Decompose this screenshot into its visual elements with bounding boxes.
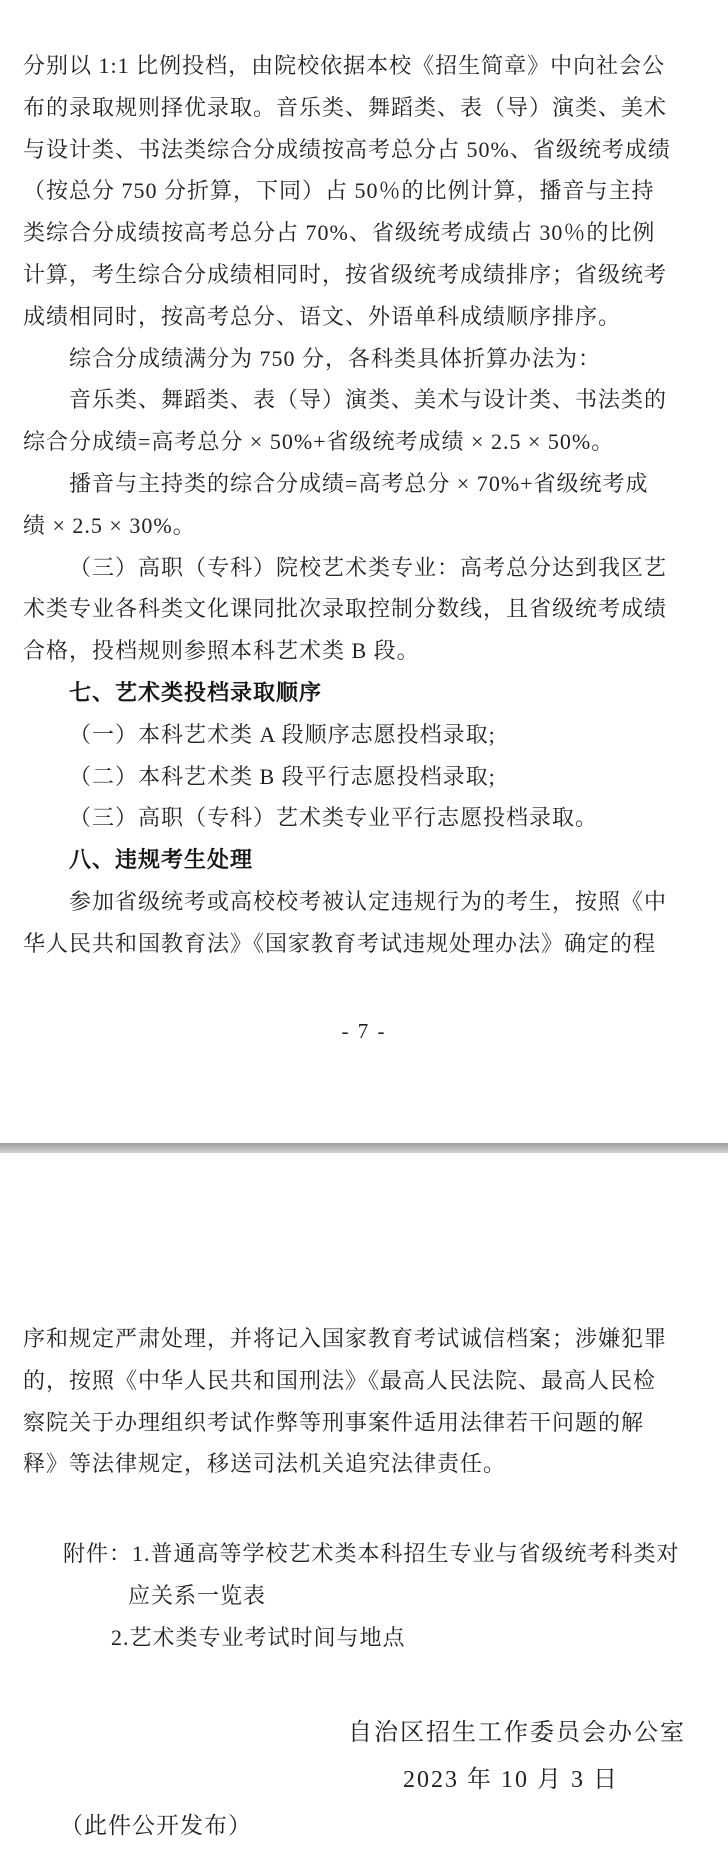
text-line: 布的录取规则择优录取。音乐类、舞蹈类、表（导）演类、美术 — [23, 87, 705, 129]
issue-date: 2023 年 10 月 3 日 — [23, 1757, 705, 1804]
text-line: （三）高职（专科）院校艺术类专业：高考总分达到我区艺 — [23, 547, 705, 589]
text-line: 合格，投档规则参照本科艺术类 B 段。 — [23, 630, 705, 672]
list-item: （二）本科艺术类 B 段平行志愿投档录取; — [23, 756, 705, 798]
attachment-item-1-continuation: 应关系一览表 — [23, 1575, 705, 1617]
list-item: （一）本科艺术类 A 段顺序志愿投档录取; — [23, 714, 705, 756]
document-viewer: 分别以 1:1 比例投档，由院校依据本校《招生简章》中向社会公 布的录取规则择优… — [0, 0, 728, 1854]
text-line: 计算，考生综合分成绩相同时，按省级统考成绩排序；省级统考 — [23, 254, 705, 296]
text-line: 成绩相同时，按高考总分、语文、外语单科成绩顺序排序。 — [23, 296, 705, 338]
issuing-office: 自治区招生工作委员会办公室 — [23, 1710, 705, 1757]
text-line: 察院关于办理组织考试作弊等刑事案件适用法律若干问题的解 — [23, 1402, 705, 1444]
text-line: 华人民共和国教育法》《国家教育考试违规处理办法》确定的程 — [23, 923, 705, 965]
text-line: 音乐类、舞蹈类、表（导）演类、美术与设计类、书法类的 — [23, 379, 705, 421]
list-item: （三）高职（专科）艺术类专业平行志愿投档录取。 — [23, 797, 705, 839]
text-line: （按总分 750 分折算，下同）占 50％的比例计算，播音与主持 — [23, 170, 705, 212]
document-page-8: 序和规定严肃处理，并将记入国家教育考试诚信档案；涉嫌犯罪 的，按照《中华人民共和… — [0, 1153, 728, 1854]
section-heading-8-violation-handling: 八、违规考生处理 — [23, 839, 705, 881]
page-7-text-block: 分别以 1:1 比例投档，由院校依据本校《招生简章》中向社会公 布的录取规则择优… — [0, 0, 728, 965]
section-heading-7-admission-order: 七、艺术类投档录取顺序 — [23, 672, 705, 714]
formula-line-composite-score-broadcast: 播音与主持类的综合分成绩=高考总分 × 70%+省级统考成 — [23, 463, 705, 505]
text-line: 序和规定严肃处理，并将记入国家教育考试诚信档案；涉嫌犯罪 — [23, 1318, 705, 1360]
page-number: - 7 - — [0, 1015, 728, 1047]
attachment-item-2: 2.艺术类专业考试时间与地点 — [23, 1617, 705, 1659]
public-release-note: （此件公开发布） — [23, 1804, 705, 1848]
text-line: 与设计类、书法类综合分成绩按高考总分占 50%、省级统考成绩 — [23, 129, 705, 171]
text-line: 综合分成绩满分为 750 分，各科类具体折算办法为： — [23, 338, 705, 380]
formula-line-composite-score-music-dance: 综合分成绩=高考总分 × 50%+省级统考成绩 × 2.5 × 50%。 — [23, 421, 705, 463]
text-line: 释》等法律规定，移送司法机关追究法律责任。 — [23, 1443, 705, 1485]
formula-line-continuation: 绩 × 2.5 × 30%。 — [23, 505, 705, 547]
text-line: 术类专业各科类文化课同批次录取控制分数线，且省级统考成绩 — [23, 588, 705, 630]
text-line: 分别以 1:1 比例投档，由院校依据本校《招生简章》中向社会公 — [23, 45, 705, 87]
signature-block: 自治区招生工作委员会办公室 2023 年 10 月 3 日 — [23, 1710, 705, 1804]
attachment-item-1: 附件：1.普通高等学校艺术类本科招生专业与省级统考科类对 — [23, 1533, 705, 1575]
text-line: 的，按照《中华人民共和国刑法》《最高人民法院、最高人民检 — [23, 1360, 705, 1402]
attachment-list: 附件：1.普通高等学校艺术类本科招生专业与省级统考科类对 应关系一览表 2.艺术… — [23, 1533, 705, 1658]
text-line: 参加省级统考或高校校考被认定违规行为的考生，按照《中 — [23, 881, 705, 923]
text-line: 类综合分成绩按高考总分占 70%、省级统考成绩占 30％的比例 — [23, 212, 705, 254]
page-8-text-block: 序和规定严肃处理，并将记入国家教育考试诚信档案；涉嫌犯罪 的，按照《中华人民共和… — [0, 1153, 728, 1848]
document-page-7: 分别以 1:1 比例投档，由院校依据本校《招生简章》中向社会公 布的录取规则择优… — [0, 0, 728, 1143]
page-separator — [0, 1143, 728, 1153]
